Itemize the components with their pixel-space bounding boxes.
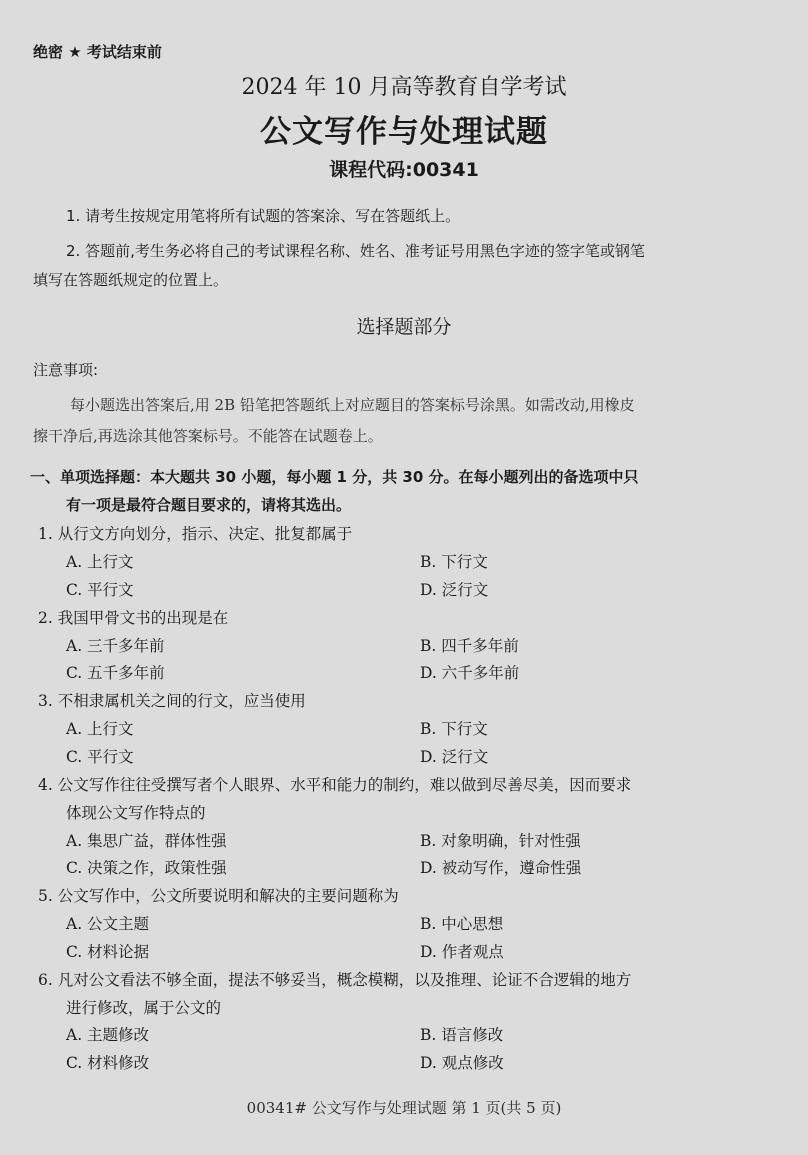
part-one-heading-cont: 有一项是最符合题目要求的，请将其选出。 xyxy=(66,494,351,515)
option-d: D. 作者观点 xyxy=(420,940,504,962)
option-a: A. 公文主题 xyxy=(66,912,149,934)
instruction-2: 2. 答题前,考生务必将自己的考试课程名称、姓名、准考证号用黑色字迹的签字笔或钢… xyxy=(66,240,645,261)
question-stem-cont: 体现公文写作特点的 xyxy=(66,801,206,823)
option-b: B. 中心思想 xyxy=(420,912,503,934)
section-title: 选择题部分 xyxy=(0,312,808,339)
question-stem-cont: 进行修改，属于公文的 xyxy=(66,996,221,1018)
option-b: B. 下行文 xyxy=(420,717,488,739)
option-d: D. 观点修改 xyxy=(420,1051,504,1073)
option-c: C. 材料修改 xyxy=(66,1051,149,1073)
confidential-label: 绝密 ★ 考试结束前 xyxy=(33,41,162,62)
option-c: C. 五千多年前 xyxy=(66,661,165,683)
question-stem: 2. 我国甲骨文书的出现是在 xyxy=(38,606,228,628)
option-b: B. 下行文 xyxy=(420,550,488,572)
option-c: C. 平行文 xyxy=(66,745,134,767)
attention-line-1: 每小题选出答案后,用 2B 铅笔把答题纸上对应题目的答案标号涂黑。如需改动,用橡… xyxy=(70,394,635,415)
question-stem: 3. 不相隶属机关之间的行文，应当使用 xyxy=(38,689,306,711)
exam-title: 2024 年 10 月高等教育自学考试 xyxy=(0,70,808,101)
attention-line-2: 擦干净后,再选涂其他答案标号。不能答在试题卷上。 xyxy=(33,425,383,446)
part-one-heading: 一、单项选择题：本大题共 30 小题，每小题 1 分，共 30 分。在每小题列出… xyxy=(30,466,639,487)
subject-title: 公文写作与处理试题 xyxy=(0,106,808,151)
option-b: B. 对象明确，针对性强 xyxy=(420,829,581,851)
option-a: A. 上行文 xyxy=(66,550,134,572)
question-stem: 4. 公文写作往往受撰写者个人眼界、水平和能力的制约，难以做到尽善尽美，因而要求 xyxy=(38,773,631,795)
option-a: A. 集思广益，群体性强 xyxy=(66,829,227,851)
option-d: D. 泛行文 xyxy=(420,578,488,600)
option-c: C. 材料论据 xyxy=(66,940,149,962)
option-d: D. 泛行文 xyxy=(420,745,488,767)
option-a: A. 三千多年前 xyxy=(66,634,165,656)
option-d: D. 六千多年前 xyxy=(420,661,519,683)
page-footer: 00341# 公文写作与处理试题 第 1 页(共 5 页) xyxy=(0,1097,808,1118)
option-b: B. 四千多年前 xyxy=(420,634,519,656)
option-b: B. 语言修改 xyxy=(420,1023,503,1045)
option-a: A. 主题修改 xyxy=(66,1023,149,1045)
instruction-1: 1. 请考生按规定用笔将所有试题的答案涂、写在答题纸上。 xyxy=(66,205,460,226)
option-c: C. 决策之作，政策性强 xyxy=(66,856,227,878)
option-d: D. 被动写作，遵命性强 xyxy=(420,856,581,878)
attention-heading: 注意事项: xyxy=(33,359,98,380)
question-stem: 6. 凡对公文看法不够全面，提法不够妥当，概念模糊，以及推理、论证不合逻辑的地方 xyxy=(38,968,631,990)
course-code: 课程代码:00341 xyxy=(0,155,808,182)
option-a: A. 上行文 xyxy=(66,717,134,739)
instruction-2-cont: 填写在答题纸规定的位置上。 xyxy=(33,269,228,290)
question-stem: 1. 从行文方向划分，指示、决定、批复都属于 xyxy=(38,522,352,544)
option-c: C. 平行文 xyxy=(66,578,134,600)
question-stem: 5. 公文写作中，公文所要说明和解决的主要问题称为 xyxy=(38,884,399,906)
